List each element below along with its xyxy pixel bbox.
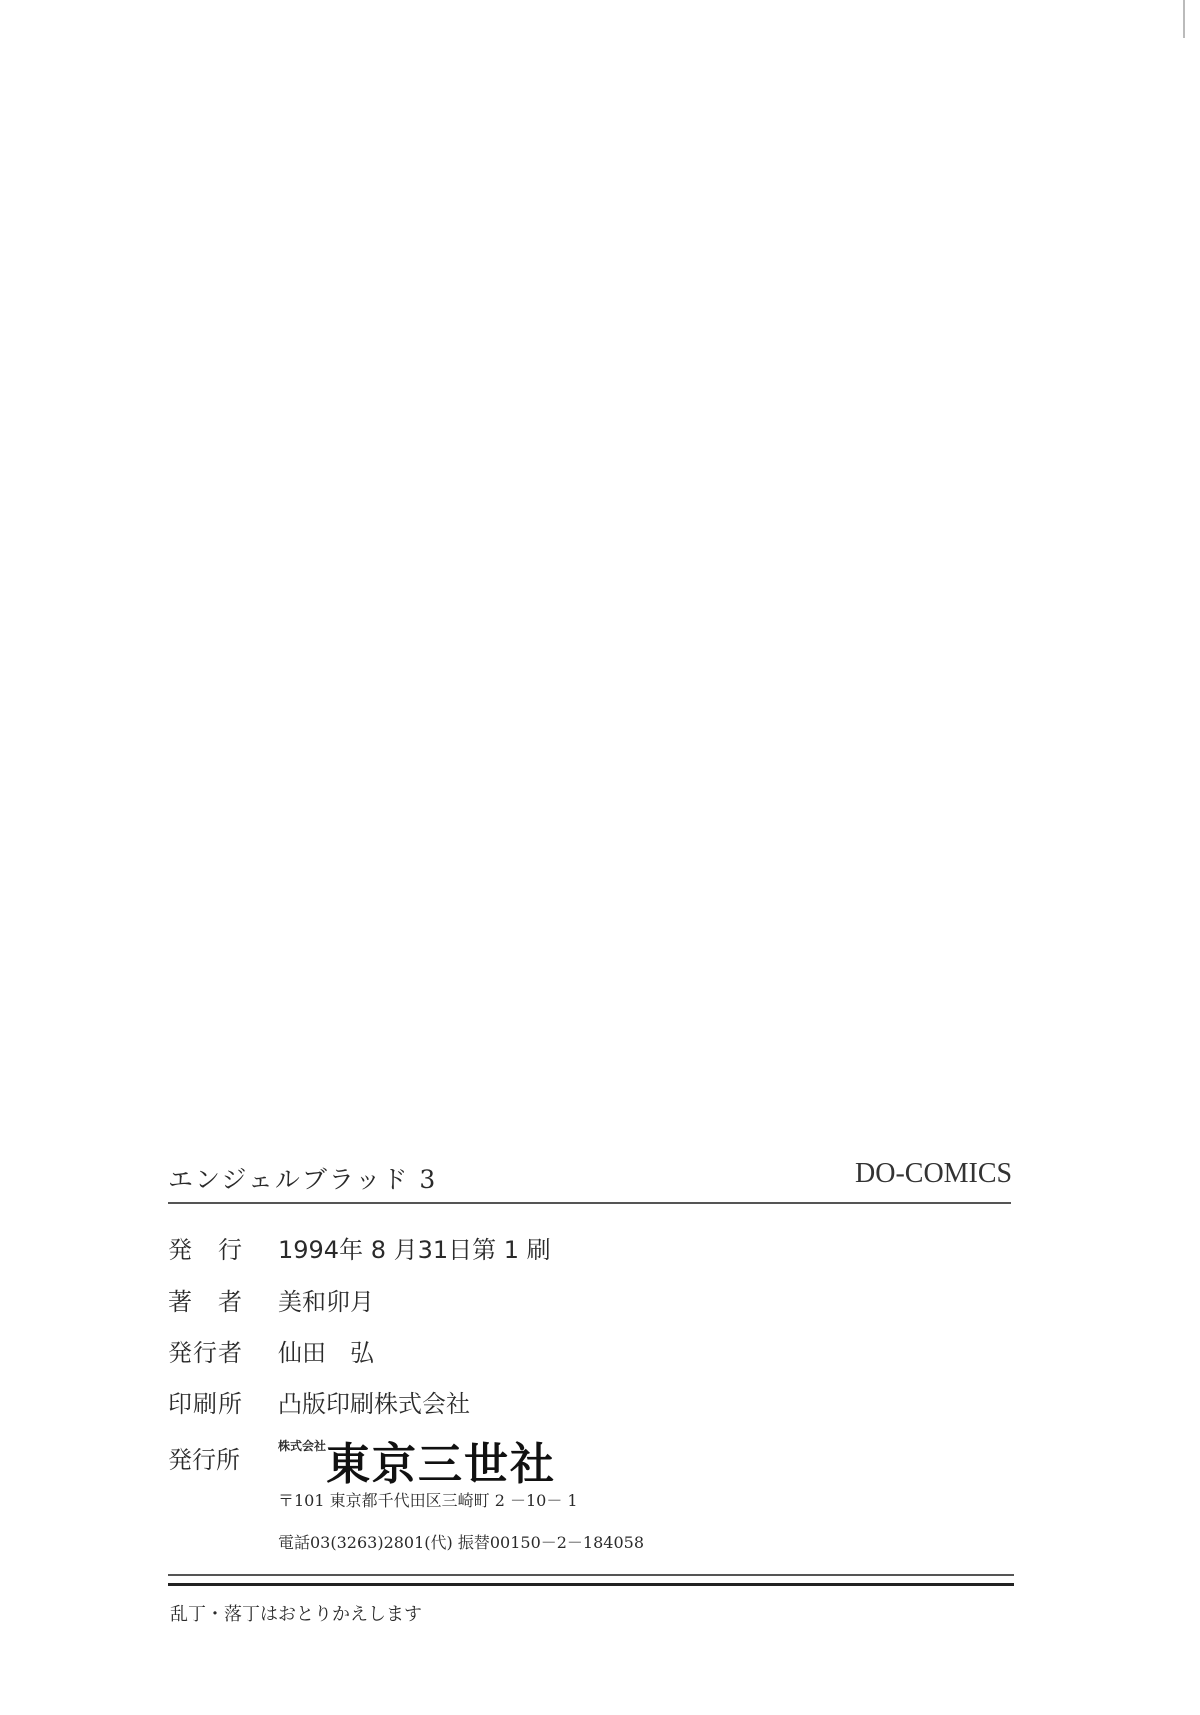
- row-label: 著 者: [168, 1282, 278, 1317]
- publisher-phone: 電話03(3263)2801(代) 振替00150－2－184058: [278, 1530, 644, 1553]
- row-publisher-person: 発行者仙田 弘: [168, 1333, 374, 1368]
- publisher-address: 〒101 東京都千代田区三崎町 2 －10－ 1: [278, 1488, 578, 1511]
- bottom-divider-thick: [168, 1583, 1014, 1586]
- row-label: 発 行: [168, 1230, 278, 1265]
- row-printer: 印刷所凸版印刷株式会社: [168, 1384, 470, 1419]
- top-divider: [168, 1202, 1011, 1204]
- row-publish-date: 発 行1994年 8 月31日第 1 刷: [168, 1230, 551, 1265]
- row-label: 発行者: [168, 1333, 278, 1368]
- row-value: 仙田 弘: [278, 1333, 374, 1368]
- row-value: 凸版印刷株式会社: [278, 1384, 470, 1419]
- series-name: DO-COMICS: [855, 1158, 1012, 1190]
- publisher-name: 東京三世社: [326, 1428, 556, 1492]
- publisher-label: 発行所: [168, 1440, 240, 1475]
- row-value: 美和卯月: [278, 1282, 374, 1317]
- row-value: 1994年 8 月31日第 1 刷: [278, 1230, 551, 1265]
- corp-mark: 株式会社: [278, 1440, 304, 1453]
- footer-note: 乱丁・落丁はおとりかえします: [170, 1600, 422, 1626]
- book-title: エンジェルブラッド 3: [168, 1160, 437, 1196]
- row-label: 印刷所: [168, 1384, 278, 1419]
- scan-edge-mark: [1183, 0, 1185, 38]
- row-author: 著 者美和卯月: [168, 1282, 374, 1317]
- bottom-divider-thin: [168, 1574, 1014, 1576]
